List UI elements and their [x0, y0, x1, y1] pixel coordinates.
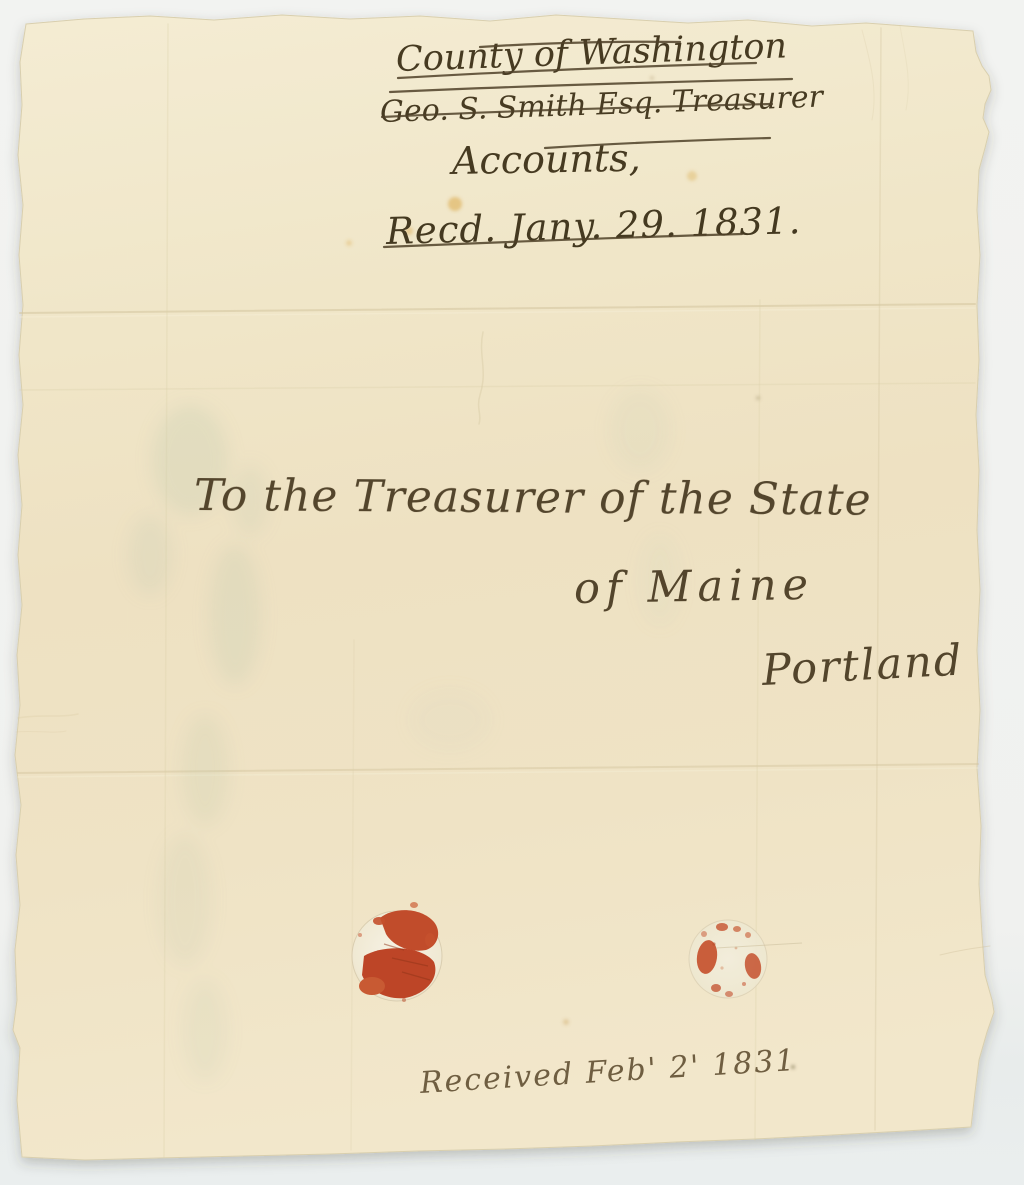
fold-creases: [16, 24, 990, 1157]
scanned-document-page: County of Washington Geo. S. Smith Esq. …: [0, 0, 1024, 1185]
paper-sheet: [13, 15, 994, 1160]
address-line-2: of Maine: [574, 560, 815, 614]
county-line: County of Washington: [395, 26, 787, 80]
received-note: Received Feb' 2' 1831: [419, 1043, 798, 1101]
wax-seal-right: [689, 920, 802, 998]
treasurer-name-line: Geo. S. Smith Esq. Treasurer: [379, 80, 823, 130]
address-line-1: To the Treasurer of the State: [194, 470, 872, 526]
wax-seal-left: [352, 902, 442, 1002]
accounts-line: Accounts,: [452, 136, 641, 183]
received-date-line: Recd. Jany. 29. 1831.: [385, 199, 801, 253]
address-city: Portland: [761, 635, 965, 695]
